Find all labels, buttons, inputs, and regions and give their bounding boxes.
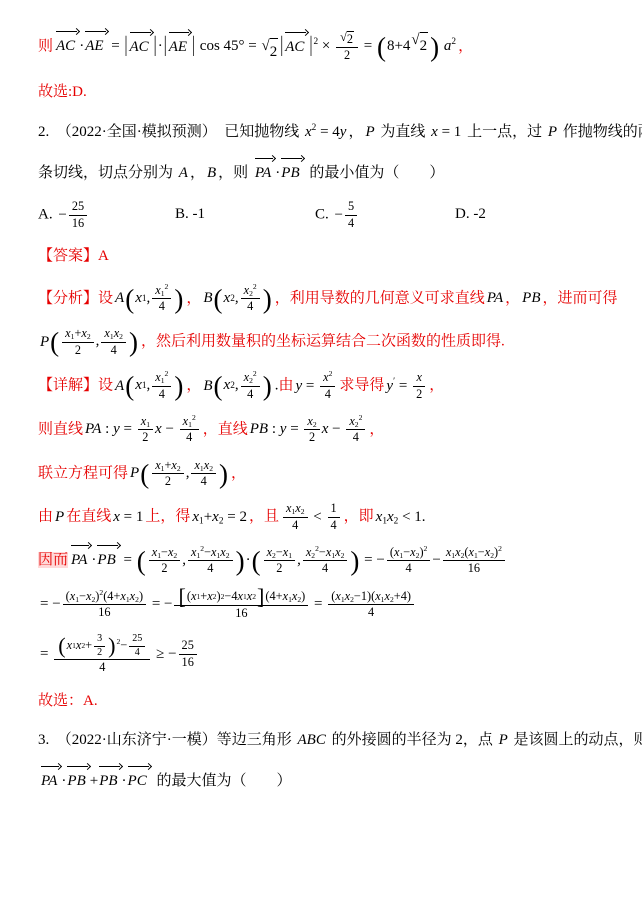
square-root: √2 [340,31,354,47]
red-text: 【分析】设 [38,290,113,306]
fraction: x1x24 [191,458,216,490]
black-text: C. [315,207,333,223]
denominator: 4 [129,647,145,660]
superscript: 2 [165,282,169,291]
fraction: 54 [345,199,357,231]
superscript: ′ [393,376,395,386]
absolute-value: |AE| [163,33,196,62]
vector-overbar: AE [168,33,191,62]
subscript: 2 [390,595,394,604]
subscript: 2 [301,507,305,516]
numerator: x2−x1 [264,545,296,561]
detail-line1: 【详解】设A(x1,x124)，B(x2,x224).由y = x24求导得y′… [38,370,616,402]
superscript: 2 [359,413,363,422]
black-text: 的外接圆的半径为 2，点 [328,732,497,748]
superscript: 2 [192,413,196,422]
paren-group: (x1,x124) [124,283,184,315]
subscript: 1 [161,464,165,473]
fraction: x1+x22 [62,326,94,358]
abs-bar: | [164,27,167,67]
vector-overbar: PB [66,767,89,796]
question2-line1: 2. （2022·全国·模拟预测） 已知抛物线 x2 = 4y，P 为直线 x … [38,119,616,147]
abs-bar: | [124,27,127,67]
square-root: √2 [411,32,428,61]
red-text: ， [458,38,473,54]
subscript: 2 [226,551,230,560]
formula: P(x1+x22,x1x24) [40,334,139,350]
red-text: 故选:D. [38,84,87,100]
superscript: 2 [200,544,204,553]
denominator: 4 [283,518,308,533]
denominator: 2 [336,48,358,63]
analysis-line2: P(x1+x22,x1x24)，然后利用数量积的坐标运算结合二次函数的性质即得. [38,326,616,358]
detail-line5: 因而PA·PB = (x1−x22,x12−x1x24)·(x2−x12,x22… [38,545,616,577]
subscript: 1 [146,420,150,429]
radical-sign: √ [262,38,270,67]
subscript: 1 [75,595,79,604]
red-text: 故选：A. [38,693,98,709]
numerator: x1x2 [101,326,126,342]
vector-overbar: AC [129,33,153,62]
vector-overbar: AC [55,32,79,61]
fraction: x22 [304,414,319,446]
fraction: x124 [152,283,171,315]
solution1-answer: 故选:D. [38,79,616,107]
question2-line2: 条切线，切点分别为 A，B，则 PA·PB 的最小值为（ ） [38,159,616,188]
red-text: 联立方程可得 [38,465,128,481]
detail-line3: 联立方程可得P(x1+x22,x1x24)， [38,458,616,490]
vector-overbar: AE [84,32,107,61]
formula: −2516 [58,207,89,223]
black-text: 的最大值为（ ） [153,773,292,789]
black-text: 条切线，切点分别为 [38,165,177,181]
radicand: 2 [347,31,354,47]
denominator: 4 [346,430,365,445]
red-text: ，然后利用数量积的坐标运算结合二次函数的性质即得. [141,334,505,350]
subscript: 2 [297,595,301,604]
question3-line1: 3. （2022·山东济宁·一模）等边三角形 ABC 的外接圆的半径为 2，点 … [38,727,616,755]
radical-sign: √ [411,32,419,61]
subscript: 1 [474,551,478,560]
red-text: ， [429,378,444,394]
superscript: 2 [165,369,169,378]
black-text: ， [348,124,363,140]
option-a: A. −2516 [38,199,175,231]
numerator: [(x1+x2)2−4x1x2](4+x1x2) [174,589,308,606]
numerator: x12−x1x2 [188,545,233,561]
radical-sign: √ [340,31,347,47]
fraction: x124 [180,414,199,446]
formula: x1+x2 = 2 [192,509,247,525]
fraction: √22 [336,30,358,64]
numerator: x2 [304,414,319,430]
fraction: x12 [138,414,153,446]
fraction: x124 [152,370,171,402]
subscript: 1 [71,332,75,341]
fraction: x24 [320,370,335,402]
red-text: 由 [38,509,53,525]
denominator: 4 [188,561,233,576]
numerator: x2 [320,370,335,386]
formula: A [179,165,188,181]
bracket-group: [(x1+x2)2−4x1x2] [177,589,265,604]
denominator: 4 [241,387,260,402]
detail-line4: 由P在直线x = 1上，得x1+x2 = 2，且x1x24 < 14，即x1x2… [38,501,616,533]
superscript: 2 [424,544,428,553]
superscript: 2 [498,544,502,553]
vector-overbar: PB [96,546,119,575]
black-text: 的最小值为（ ） [306,165,445,181]
fraction: 2516 [69,199,87,231]
red-text: 则 [38,38,53,54]
formula: B [207,165,216,181]
subscript: 2 [394,516,399,526]
abs-bar: | [280,27,283,67]
formula: A(x1,x124) [115,378,184,394]
numerator: 5 [345,199,357,215]
black-text: D. -2 [455,206,486,222]
subscript: 2 [313,420,317,429]
upright-function: cos [200,38,220,54]
numerator: 3 [94,633,105,647]
superscript: 2 [253,282,257,291]
black-text: 为直线 [377,124,430,140]
fraction: x22−x1x24 [303,545,348,577]
option-d: D. -2 [455,201,616,229]
question2-answer: 【答案】A [38,243,616,271]
black-text: 3. （2022·山东济宁·一模）等边三角形 [38,732,296,748]
subscript: 2 [461,551,465,560]
black-text: 作抛物线的两 [559,124,642,140]
solution1-final-step: 则AC·AE = |AC|·|AE| cos 45° = √2|AC|2 × √… [38,30,616,67]
fraction: (x1−x2)24 [387,545,431,577]
abs-bar: | [192,27,195,67]
paren-group: (x2,x224) [213,370,273,402]
denominator: 2 [304,430,319,445]
fraction: 254 [129,633,145,659]
numerator: (x1−x2)2 [387,545,431,561]
formula: PA·PB+PB·PC [40,773,151,789]
subscript: 2 [87,332,91,341]
question2-options: A. −2516B. -1C. −54D. -2 [38,199,616,231]
formula: P [499,732,508,748]
formula: PA·PB [254,165,304,181]
fraction: x1x24 [101,326,126,358]
numerator: (x1−x2)2(4+x1x2) [63,589,146,605]
fraction: x224 [346,414,365,446]
subscript: 1 [157,551,161,560]
formula: ABC [298,732,326,748]
vector-overbar: PC [127,767,151,796]
formula: B(x2,x224) [203,290,272,306]
numerator: x22 [241,370,260,386]
denominator: 4 [345,216,357,231]
red-text: ， [186,290,201,306]
absolute-value: |AC| [123,33,157,62]
fraction: x2−x12 [264,545,296,577]
subscript: 2 [91,595,95,604]
numerator: x1+x2 [152,458,184,474]
denominator: 4 [152,387,171,402]
formula: y′ = x2 [386,378,427,394]
fraction: x224 [241,283,260,315]
numerator: x1 [138,414,153,430]
vector-overbar: PA [70,546,91,575]
superscript: 2 [253,369,257,378]
numerator: x1−x2 [149,545,181,561]
subscript: 1 [288,551,292,560]
formula: P(x1+x22,x1x24) [130,465,229,481]
subscript: 2 [119,332,123,341]
radicand: 2 [270,38,279,67]
fraction: 14 [328,501,340,533]
denominator: 4 [101,343,126,358]
red-text: ，直线 [203,421,248,437]
numerator: x12 [152,370,171,386]
red-text: ，即 [344,509,374,525]
detail-line2: 则直线PA : y = x12x − x124，直线PB : y = x22x … [38,414,616,446]
subscript: 2 [490,551,494,560]
superscript: 2 [117,637,121,646]
denominator: 4 [387,561,431,576]
fraction: (x1−x2)2(4+x1x2)16 [63,589,146,621]
formula: PA : y = x12x − x124 [85,421,201,437]
superscript: 2 [313,37,318,47]
fraction: [(x1+x2)2−4x1x2](4+x1x2)16 [174,589,308,621]
formula: = −(x1−x2)2(4+x1x2)16 = −[(x1+x2)2−4x1x2… [40,596,416,612]
red-text: 【详解】设 [38,378,113,394]
formula: PB : y = x22x − x224 [250,421,368,437]
question3-line2: PA·PB+PB·PC 的最大值为（ ） [38,767,616,796]
subscript: 1 [199,516,204,526]
denominator: 4 [303,561,348,576]
red-text: ， [369,421,384,437]
superscript: 2 [451,37,456,47]
paren-group: (x1,x124) [124,370,184,402]
red-text: 【答案】A [38,248,109,264]
formula: x = 1 [113,509,143,525]
detail-line6: = −(x1−x2)2(4+x1x2)16 = −[(x1+x2)2−4x1x2… [38,589,616,621]
numerator: √2 [336,30,358,48]
denominator: 16 [179,655,197,670]
denominator: 4 [328,605,414,620]
formula: PA [487,290,503,306]
red-text: 求导得 [339,378,384,394]
formula: P [365,124,374,140]
denominator: 4 [320,387,335,402]
numerator: x [413,370,425,386]
fraction: x1x2(x1−x2)216 [443,545,505,577]
vector-overbar: PA [254,159,275,188]
denominator: 4 [180,430,199,445]
denominator: 2 [94,647,105,660]
subscript: 2 [350,595,354,604]
denominator: 4 [241,299,260,314]
denominator: 2 [413,387,425,402]
highlighted-text: 因而 [38,552,68,568]
vector-overbar: PA [40,767,61,796]
denominator: 4 [152,299,171,314]
numerator: 25 [129,633,145,647]
subscript: 2 [135,595,139,604]
formula: P [55,509,64,525]
numerator: 1 [328,501,340,517]
denominator: 4 [54,660,150,675]
red-text: 由 [278,378,293,394]
red-text: ，进而可得 [542,290,617,306]
square-root: √2 [262,38,279,67]
red-text: 则直线 [38,421,83,437]
denominator: 16 [443,561,505,576]
question2-choice: 故选：A. [38,688,616,716]
numerator: x12 [180,414,199,430]
document-page: 则AC·AE = |AC|·|AE| cos 45° = √2|AC|2 × √… [0,0,642,796]
denominator: 16 [174,606,308,621]
numerator: (x1x2−1)(x1x2+4) [328,589,414,605]
red-text: ， [231,465,246,481]
abs-bar: | [154,27,157,67]
subscript: 2 [219,516,224,526]
red-text: 在直线 [66,509,111,525]
formula: P [548,124,557,140]
subscript: 2 [173,551,177,560]
red-text: ，且 [249,509,279,525]
superscript: 2 [99,588,103,597]
paren-group: (8+4√2) [376,32,440,61]
black-text: B. -1 [175,206,205,222]
subscript: 1 [399,551,403,560]
black-text: 2. （2022·全国·模拟预测） 已知抛物线 [38,124,303,140]
black-text: ，则 [218,165,252,181]
analysis-line1: 【分析】设A(x1,x124)，B(x2,x224)，利用导数的几何意义可求直线… [38,283,616,315]
denominator: 2 [138,430,153,445]
numerator: x1+x2 [62,326,94,342]
formula: PA·PB = (x1−x22,x12−x1x24)·(x2−x12,x22−x… [70,552,507,568]
fraction: x224 [241,370,260,402]
numerator: 25 [179,638,197,654]
paren-group: (x1+x22,x1x24) [139,458,229,490]
formula: PB [522,290,540,306]
paren-group: (x1x2+32) [57,633,116,659]
subscript: 2 [209,464,213,473]
formula: x2 = 4y [305,124,346,140]
red-text: ， [186,378,201,394]
black-text: A. [38,207,56,223]
abs-bar: | [309,27,312,67]
subscript: 2 [341,551,345,560]
paren-group: (x2−x12,x22−x1x24) [251,545,361,577]
subscript: 2 [416,551,420,560]
denominator: 2 [264,561,296,576]
black-text: 是该圆上的动点，则 [510,732,642,748]
denominator: 4 [328,518,340,533]
denominator: 2 [149,561,181,576]
vector-overbar: PB [280,159,303,188]
red-text: 上，得 [145,509,190,525]
black-text: ， [190,165,205,181]
fraction: x1+x22 [152,458,184,490]
denominator: 4 [191,474,216,489]
numerator: (x1x2+32)2−254 [54,633,150,660]
vector-overbar: AC [284,33,308,62]
denominator: 2 [62,343,94,358]
superscript: 2 [329,369,333,378]
formula: B(x2,x224) [203,378,272,394]
formula: y = x24 [295,378,337,394]
fraction: 32 [94,633,105,659]
red-text: ，利用导数的几何意义可求直线 [275,290,485,306]
numerator: x1x2(x1−x2)2 [443,545,505,561]
numerator: 25 [69,199,87,215]
formula: A(x1,x124) [115,290,184,306]
formula: = (x1x2+32)2−2544 ≥ −2516 [40,646,199,662]
vector-overbar: PB [98,767,121,796]
fraction: x1x24 [283,501,308,533]
fraction: (x1x2+32)2−2544 [54,633,150,676]
fraction: x12−x1x24 [188,545,233,577]
red-text: ， [505,290,520,306]
fraction: x1−x22 [149,545,181,577]
subscript: 2 [272,551,276,560]
radicand: 2 [420,32,429,61]
detail-line7: = (x1x2+32)2−2544 ≥ −2516 [38,633,616,676]
fraction: (x1x2−1)(x1x2+4)4 [328,589,414,621]
black-text: 上一点，过 [463,124,546,140]
denominator: 2 [152,474,184,489]
formula: x = 1 [431,124,461,140]
numerator: x1x2 [283,501,308,517]
formula: AC·AE = |AC|·|AE| cos 45° = √2|AC|2 × √2… [55,38,456,54]
paren-group: (x1+x22,x1x24) [49,326,139,358]
denominator: 16 [69,216,87,231]
formula: x1x24 < 14 [281,509,342,525]
paren-group: (x1−x22,x12−x1x24) [136,545,246,577]
option-b: B. -1 [175,201,315,229]
numerator: x22 [241,283,260,299]
option-c: C. −54 [315,199,455,231]
superscript: 2 [315,544,319,553]
fraction: x2 [413,370,425,402]
numerator: x22−x1x2 [303,545,348,561]
paren-group: (x2,x224) [213,283,273,315]
superscript: 2 [312,123,317,133]
absolute-value: |AC| [279,33,313,62]
subscript: 2 [177,464,181,473]
denominator: 16 [63,605,146,620]
numerator: x12 [152,283,171,299]
numerator: x22 [346,414,365,430]
fraction: 2516 [179,638,197,670]
formula: x1x2 < 1. [376,509,426,525]
numerator: x1x2 [191,458,216,474]
formula: −54 [335,207,360,223]
